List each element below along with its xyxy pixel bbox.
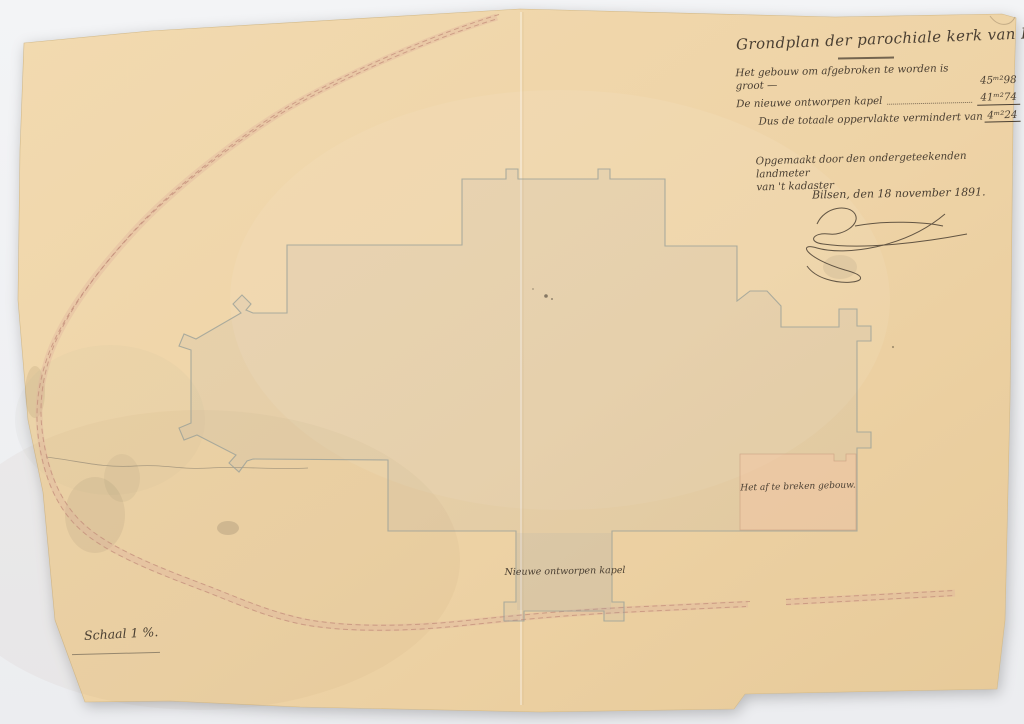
dotted-leader bbox=[887, 101, 972, 104]
measurement-row: De nieuwe ontworpen kapel 41ᵐ²74 bbox=[736, 90, 1020, 110]
measurement-label: De nieuwe ontworpen kapel bbox=[736, 95, 883, 111]
area-calculations: Het gebouw om afgebroken te worden is gr… bbox=[735, 61, 1020, 133]
measurement-value: 4ᵐ²24 bbox=[984, 108, 1020, 123]
measurement-row: Dus de totaale oppervlakte vermindert va… bbox=[736, 108, 1020, 128]
measurement-value: 45ᵐ²98 bbox=[977, 74, 1020, 88]
measurement-label: Het gebouw om afgebroken te worden is gr… bbox=[735, 62, 977, 93]
measurement-row: Het gebouw om afgebroken te worden is gr… bbox=[735, 61, 1020, 93]
measurement-label: Dus de totaale oppervlakte vermindert va… bbox=[758, 110, 983, 128]
scanned-plan-page: Grondplan der parochiale kerk van Bilsen… bbox=[0, 0, 1024, 724]
measurement-value: 41ᵐ²74 bbox=[977, 90, 1020, 105]
